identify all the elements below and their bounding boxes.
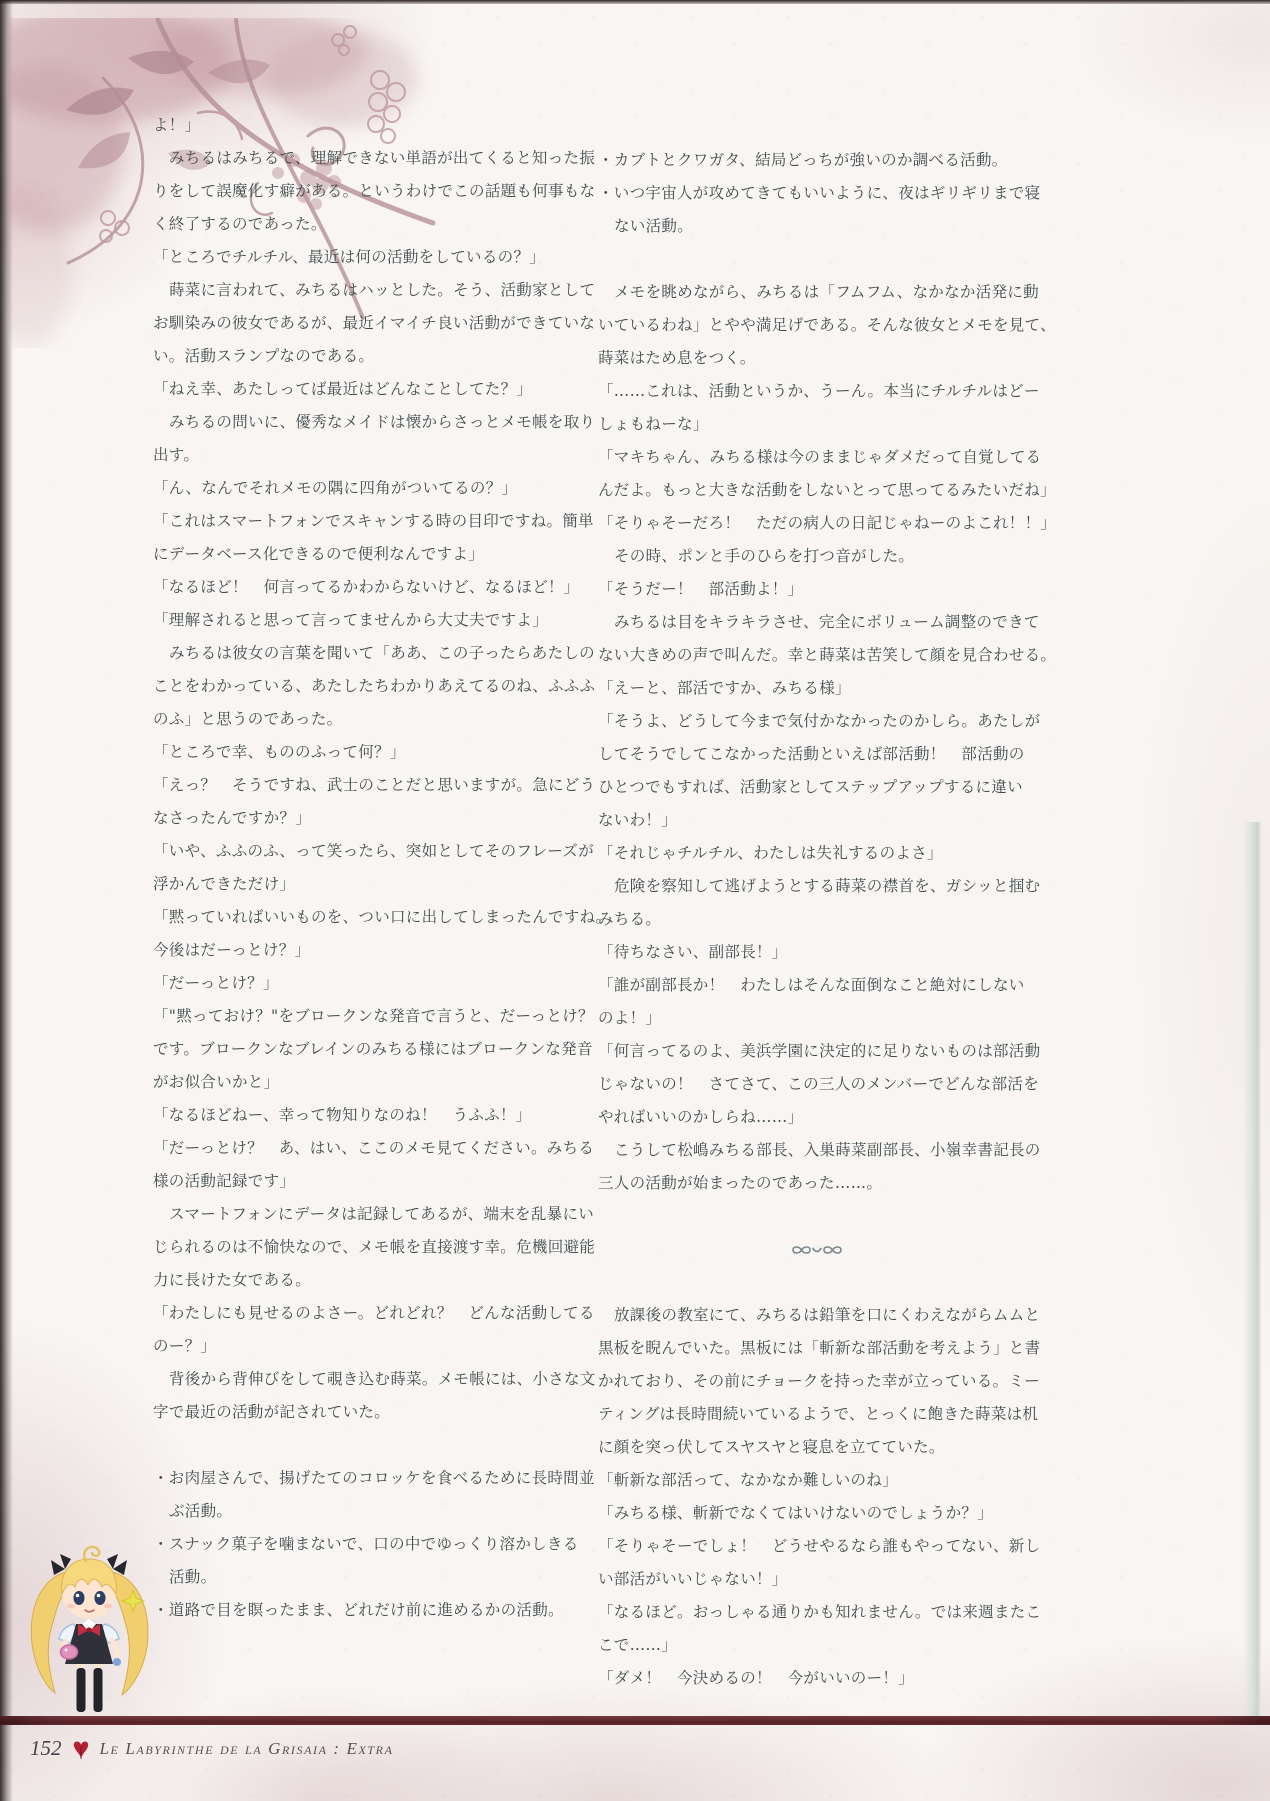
text-line: ・いつ宇宙人が攻めてきてもいいように、夜はギリギリまで寝 bbox=[598, 177, 1043, 210]
right-text-column: ・カブトとクワガタ、結局どっちが強いのか調べる活動。・いつ宇宙人が攻めてきてもい… bbox=[598, 144, 1043, 1695]
text-line: 「"黙っておけ？"をブロークンな発音で言うと、だーっとけ？ bbox=[153, 1000, 598, 1033]
text-line: 浮かんできただけ」 bbox=[153, 868, 598, 901]
text-line: ぶ活動。 bbox=[153, 1495, 598, 1528]
right-arm bbox=[112, 1640, 117, 1660]
text-line: スマートフォンにデータは記録してあるが、端末を乱暴にい bbox=[153, 1198, 598, 1231]
top-edge-shadow bbox=[0, 0, 1270, 4]
text-line: お馴染みの彼女であるが、最近イマイチ良い活動ができていな bbox=[153, 307, 598, 340]
text-line: 出す。 bbox=[153, 439, 598, 472]
collar bbox=[80, 1618, 98, 1632]
text-line: がお似合いかと」 bbox=[153, 1066, 598, 1099]
text-line: 「理解されると思って言ってませんから大丈夫ですよ」 bbox=[153, 604, 598, 637]
text-line: みちるは彼女の言葉を聞いて「ああ、この子ったらあたしの bbox=[153, 637, 598, 670]
text-line: 「えっ？ そうですね、武士のことだと思いますが。急にどう bbox=[153, 769, 598, 802]
hip-pouch bbox=[61, 1645, 78, 1659]
text-line: 力に長けた女である。 bbox=[153, 1264, 598, 1297]
ahoge bbox=[84, 1547, 99, 1561]
text-line: 「わたしにも見せるのよさー。どれどれ？ どんな活動してる bbox=[153, 1297, 598, 1330]
text-line: 「えーと、部活ですか、みちる様」 bbox=[598, 672, 1043, 705]
text-line: 背後から背伸びをして覗き込む蒔菜。メモ帳には、小さな文 bbox=[153, 1363, 598, 1396]
text-line: のー？」 bbox=[153, 1330, 598, 1363]
text-line: のふ」と思うのであった。 bbox=[153, 703, 598, 736]
text-line: 「そうよ、どうして今まで気付かなかったのかしら。あたしが bbox=[598, 705, 1043, 738]
text-line: 今後はだーっとけ？」 bbox=[153, 934, 598, 967]
text-line: ティングは長時間続いているようで、とっくに飽きた蒔菜は机 bbox=[598, 1398, 1043, 1431]
right-pigtail bbox=[106, 1572, 148, 1695]
text-line: かれており、その前にチョークを持った幸が立っている。ミー bbox=[598, 1365, 1043, 1398]
text-line: んだよ。もっと大きな活動をしないとって思ってるみたいだね」 bbox=[598, 474, 1043, 507]
text-line: 「待ちなさい、副部長！」 bbox=[598, 936, 1043, 969]
left-stocking bbox=[77, 1668, 86, 1712]
text-line: 蒔菜はため息をつく。 bbox=[598, 342, 1043, 375]
book-page: { "footer": { "page_number": "152", "tit… bbox=[0, 0, 1270, 1801]
text-line: ・お肉屋さんで、揚げたてのコロッケを食べるために長時間並 bbox=[153, 1462, 598, 1495]
text-line: りをして誤魔化す癖がある。というわけでこの話題も何事もな bbox=[153, 175, 598, 208]
text-line: 活動。 bbox=[153, 1561, 598, 1594]
text-line: に顔を突っ伏してスヤスヤと寝息を立てていた。 bbox=[598, 1431, 1043, 1464]
text-line: 「だーっとけ？」 bbox=[153, 967, 598, 1000]
section-divider-flourish bbox=[598, 1233, 1043, 1266]
text-line: 「なるほど！ 何言ってるかわからないけど、なるほど！」 bbox=[153, 571, 598, 604]
text-line: 「黙っていればいいものを、つい口に出してしまったんですね。 bbox=[153, 901, 598, 934]
text-line: 「そりゃそーでしょ！ どうせやるなら誰もやってない、新し bbox=[598, 1530, 1043, 1563]
text-line bbox=[598, 1266, 1043, 1299]
text-line: 「そうだー！ 部活動よ！」 bbox=[598, 573, 1043, 606]
heart-leaf-icon bbox=[71, 1737, 91, 1761]
text-line: 「マキちゃん、みちる様は今のままじゃダメだって自覚してる bbox=[598, 441, 1043, 474]
text-line: ないわ！」 bbox=[598, 804, 1043, 837]
text-line: メモを眺めながら、みちるは「フムフム、なかなか活発に動 bbox=[598, 276, 1043, 309]
text-line: 三人の活動が始まったのであった……。 bbox=[598, 1167, 1043, 1200]
text-line: のよ！」 bbox=[598, 1002, 1043, 1035]
left-edge-shadow bbox=[0, 0, 13, 1801]
text-line: 「そりゃそーだろ！ ただの病人の日記じゃねーのよこれ！！」 bbox=[598, 507, 1043, 540]
text-line bbox=[153, 1429, 598, 1462]
text-line: じられるのは不愉快なので、メモ帳を直接渡す幸。危機回避能 bbox=[153, 1231, 598, 1264]
text-line: その時、ポンと手のひらを打つ音がした。 bbox=[598, 540, 1043, 573]
text-line: にデータベース化できるので便利なんですよ」 bbox=[153, 538, 598, 571]
footer-book-title: Le Labyrinthe de la Grisaia : Extra bbox=[100, 1739, 394, 1759]
sparkle-icon bbox=[122, 1590, 143, 1612]
text-line: じゃないの！ さてさて、この三人のメンバーでどんな部活を bbox=[598, 1068, 1043, 1101]
right-sleeve bbox=[99, 1624, 119, 1643]
text-line: 「何言ってるのよ、美浜学園に決定的に足りないものは部活動 bbox=[598, 1035, 1043, 1068]
right-stocking bbox=[94, 1668, 103, 1712]
text-line: い。活動スランプなのである。 bbox=[153, 340, 598, 373]
text-line: 「誰が副部長か！ わたしはそんな面倒なこと絶対にしない bbox=[598, 969, 1043, 1002]
hair-ribbons bbox=[51, 1554, 127, 1575]
text-line: やればいいのかしらね……」 bbox=[598, 1101, 1043, 1134]
text-line: 「ん、なんでそれメモの隅に四角がついてるの？」 bbox=[153, 472, 598, 505]
left-text-column: よ！」みちるはみちるで、理解できない単語が出てくると知った振りをして誤魔化す癖が… bbox=[153, 109, 598, 1627]
text-line: 「ところでチルチル、最近は何の活動をしているの？」 bbox=[153, 241, 598, 274]
neck-ribbon bbox=[78, 1624, 100, 1636]
bangs bbox=[62, 1559, 117, 1594]
text-line: ・カブトとクワガタ、結局どっちが強いのか調べる活動。 bbox=[598, 144, 1043, 177]
page-number: 152 bbox=[30, 1736, 62, 1761]
left-arm bbox=[63, 1641, 66, 1651]
text-line: 「いや、ふふのふ、って笑ったら、突如としてそのフレーズが bbox=[153, 835, 598, 868]
text-line: よ！」 bbox=[153, 109, 598, 142]
text-line: 黒板を睨んでいた。黒板には「斬新な部活動を考えよう」と書 bbox=[598, 1332, 1043, 1365]
text-line: い部活がいいじゃない！」 bbox=[598, 1563, 1043, 1596]
text-line: してそうでしてこなかった活動といえば部活動！ 部活動の bbox=[598, 738, 1043, 771]
left-pigtail bbox=[31, 1572, 72, 1693]
text-line: 蒔菜に言われて、みちるはハッとした。そう、活動家として bbox=[153, 274, 598, 307]
text-line: 「斬新な部活って、なかなか難しいのね」 bbox=[598, 1464, 1043, 1497]
text-line: みちるはみちるで、理解できない単語が出てくると知った振 bbox=[153, 142, 598, 175]
text-line: 「これはスマートフォンでスキャンする時の目印ですね。簡単 bbox=[153, 505, 598, 538]
text-line: 「なるほど。おっしゃる通りかも知れません。では来週またこ bbox=[598, 1596, 1043, 1629]
text-line: なさったんですか？」 bbox=[153, 802, 598, 835]
text-line: 「だーっとけ？ あ、はい、ここのメモ見てください。みちる bbox=[153, 1132, 598, 1165]
text-line: 「それじゃチルチル、わたしは失礼するのよさ」 bbox=[598, 837, 1043, 870]
text-line: みちるは目をキラキラさせ、完全にボリューム調整のできて bbox=[598, 606, 1043, 639]
wrist-scrunchie bbox=[113, 1658, 121, 1666]
text-line: です。ブロークンなブレインのみちる様にはブロークンな発音 bbox=[153, 1033, 598, 1066]
text-line: いているわね」とやや満足げである。そんな彼女とメモを見て、 bbox=[598, 309, 1043, 342]
infinity-flourish-icon bbox=[788, 1241, 854, 1259]
text-line: ・スナック菓子を噛まないで、口の中でゆっくり溶かしきる bbox=[153, 1528, 598, 1561]
text-line: 「ところで幸、もののふって何？」 bbox=[153, 736, 598, 769]
text-line: 字で最近の活動が記されていた。 bbox=[153, 1396, 598, 1429]
text-line: 「ねえ幸、あたしってば最近はどんなことしてた？」 bbox=[153, 373, 598, 406]
text-line bbox=[598, 1200, 1043, 1233]
text-line: ・道路で目を瞑ったまま、どれだけ前に進めるかの活動。 bbox=[153, 1594, 598, 1627]
text-line: ない活動。 bbox=[598, 210, 1043, 243]
text-line: 「……これは、活動というか、うーん。本当にチルチルはどー bbox=[598, 375, 1043, 408]
text-line bbox=[598, 243, 1043, 276]
footer: 152 Le Labyrinthe de la Grisaia : Extra bbox=[30, 1736, 394, 1761]
text-line: 放課後の教室にて、みちるは鉛筆を口にくわえながらムムと bbox=[598, 1299, 1043, 1332]
text-line: 危険を察知して逃げようとする蒔菜の襟首を、ガシッと掴む bbox=[598, 870, 1043, 903]
left-sleeve bbox=[59, 1624, 79, 1643]
dress bbox=[65, 1624, 113, 1664]
text-line: みちる。 bbox=[598, 903, 1043, 936]
text-line: 「みちる様、斬新でなくてはいけないのでしょうか？」 bbox=[598, 1497, 1043, 1530]
text-line: こで……」 bbox=[598, 1629, 1043, 1662]
text-line: く終了するのであった。 bbox=[153, 208, 598, 241]
text-line: こうして松嶋みちる部長、入巣蒔菜副部長、小嶺幸書記長の bbox=[598, 1134, 1043, 1167]
text-line: 「なるほどねー、幸って物知りなのね！ うふふ！」 bbox=[153, 1099, 598, 1132]
right-edge-scan-line bbox=[1243, 822, 1261, 1720]
text-line: みちるの問いに、優秀なメイドは懐からさっとメモ帳を取り bbox=[153, 406, 598, 439]
chibi-character-illustration bbox=[20, 1540, 160, 1722]
text-line: しょもねーな」 bbox=[598, 408, 1043, 441]
text-line: ことをわかっている、あたしたちわかりあえてるのね、ふふふ bbox=[153, 670, 598, 703]
text-line: ひとつでもすれば、活動家としてステップアップするに違い bbox=[598, 771, 1043, 804]
text-line: 様の活動記録です」 bbox=[153, 1165, 598, 1198]
text-line: ない大きめの声で叫んだ。幸と蒔菜は苦笑して顔を見合わせる。 bbox=[598, 639, 1043, 672]
footer-rule-bar bbox=[0, 1716, 1270, 1725]
text-line: 「ダメ！ 今決めるの！ 今がいいのー！」 bbox=[598, 1662, 1043, 1695]
